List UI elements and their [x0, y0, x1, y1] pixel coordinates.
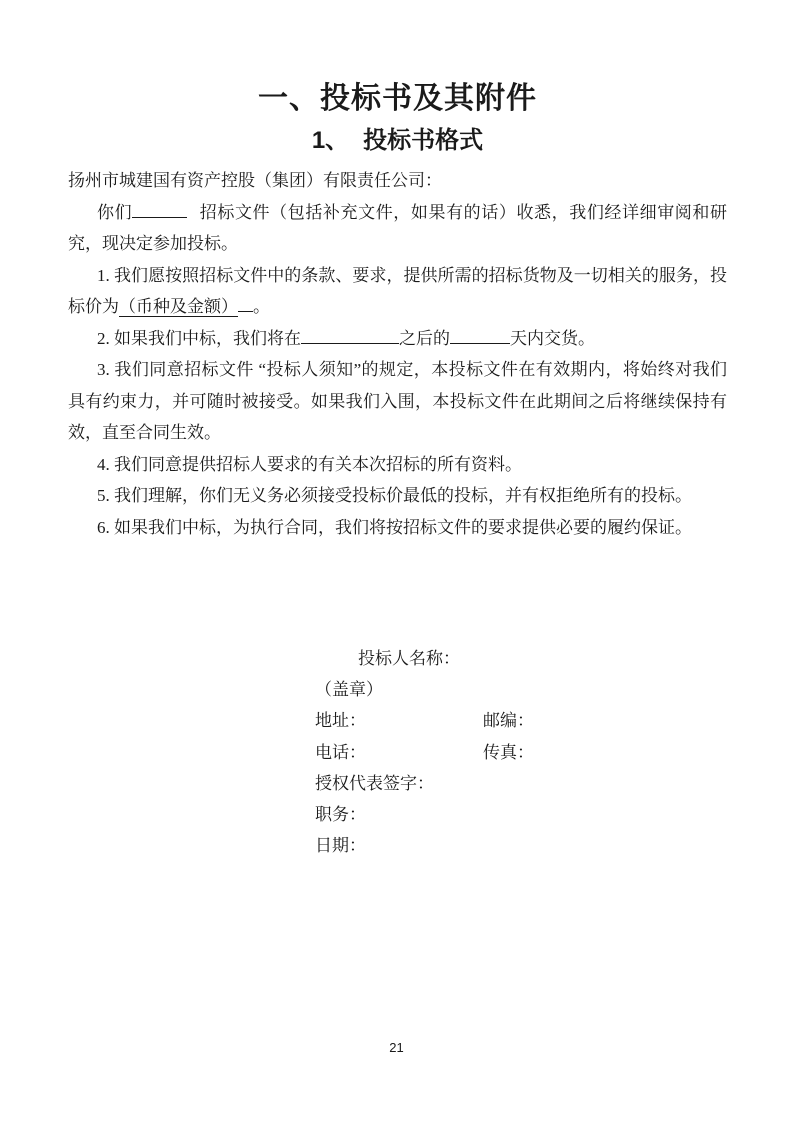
item2-post-text: 天内交货。 — [510, 329, 595, 348]
fax-label: 传真： — [483, 737, 534, 768]
signature-row-address: 地址：邮编： — [315, 705, 727, 736]
blank-line-amount-tail — [238, 297, 253, 312]
signature-row-seal: （盖章） — [315, 674, 727, 705]
document-page: 一、投标书及其附件 1、投标书格式 扬州市城建国有资产控股（集团）有限责任公司：… — [0, 0, 793, 1122]
page-number: 21 — [0, 1040, 793, 1056]
blank-line-delivery-date — [301, 329, 399, 344]
bid-item-4: 4. 我们同意提供招标人要求的有关本次招标的所有资料。 — [68, 449, 727, 481]
item1-post-text: 。 — [253, 297, 270, 316]
seal-label: （盖章） — [315, 674, 383, 705]
postcode-label: 邮编： — [483, 705, 534, 736]
item2-mid-text: 之后的 — [399, 329, 450, 348]
bid-item-1: 1. 我们愿按照招标文件中的条款、要求，提供所需的招标货物及一切相关的服务，投标… — [68, 260, 727, 323]
salutation-line: 扬州市城建国有资产控股（集团）有限责任公司： — [68, 165, 727, 197]
blank-line-delivery-days — [450, 329, 510, 344]
page-title: 一、投标书及其附件 — [68, 80, 727, 117]
bidder-name-label: 投标人名称： — [358, 643, 460, 674]
section-heading: 1、投标书格式 — [68, 125, 727, 156]
section-heading-text: 投标书格式 — [363, 127, 483, 154]
bid-item-5: 5. 我们理解，你们无义务必须接受投标价最低的投标，并有权拒绝所有的投标。 — [68, 480, 727, 512]
paragraph-opening: 你们招标文件（包括补充文件，如果有的话）收悉，我们经详细审阅和研究，现决定参加投… — [68, 197, 727, 260]
signature-row-date: 日期： — [315, 830, 727, 861]
signature-row-bidder-name: 投标人名称： — [315, 643, 727, 674]
bid-item-3: 3. 我们同意招标文件 “投标人须知”的规定，本投标文件在有效期内，将始终对我们… — [68, 354, 727, 449]
bid-item-6: 6. 如果我们中标，为执行合同，我们将按招标文件的要求提供必要的履约保证。 — [68, 512, 727, 544]
signature-row-position: 职务： — [315, 799, 727, 830]
signature-block: 投标人名称： （盖章） 地址：邮编： 电话：传真： 授权代表签字： 职务： 日期… — [315, 643, 727, 861]
letter-body: 扬州市城建国有资产控股（集团）有限责任公司： 你们招标文件（包括补充文件，如果有… — [68, 165, 727, 543]
document-content: 一、投标书及其附件 1、投标书格式 扬州市城建国有资产控股（集团）有限责任公司：… — [68, 0, 727, 861]
section-heading-number: 1、 — [312, 127, 349, 154]
opening-pre-text: 你们 — [97, 203, 132, 222]
address-label: 地址： — [315, 705, 483, 736]
item1-currency-amount-blank: （币种及金额） — [119, 297, 238, 317]
date-label: 日期： — [315, 830, 366, 861]
position-label: 职务： — [315, 799, 366, 830]
bid-item-2: 2. 如果我们中标，我们将在之后的天内交货。 — [68, 323, 727, 355]
signature-row-phone: 电话：传真： — [315, 737, 727, 768]
representative-sign-label: 授权代表签字： — [315, 768, 434, 799]
item2-pre-text: 2. 如果我们中标，我们将在 — [97, 329, 301, 348]
blank-line-received — [132, 203, 187, 218]
signature-row-representative: 授权代表签字： — [315, 768, 727, 799]
phone-label: 电话： — [315, 737, 483, 768]
